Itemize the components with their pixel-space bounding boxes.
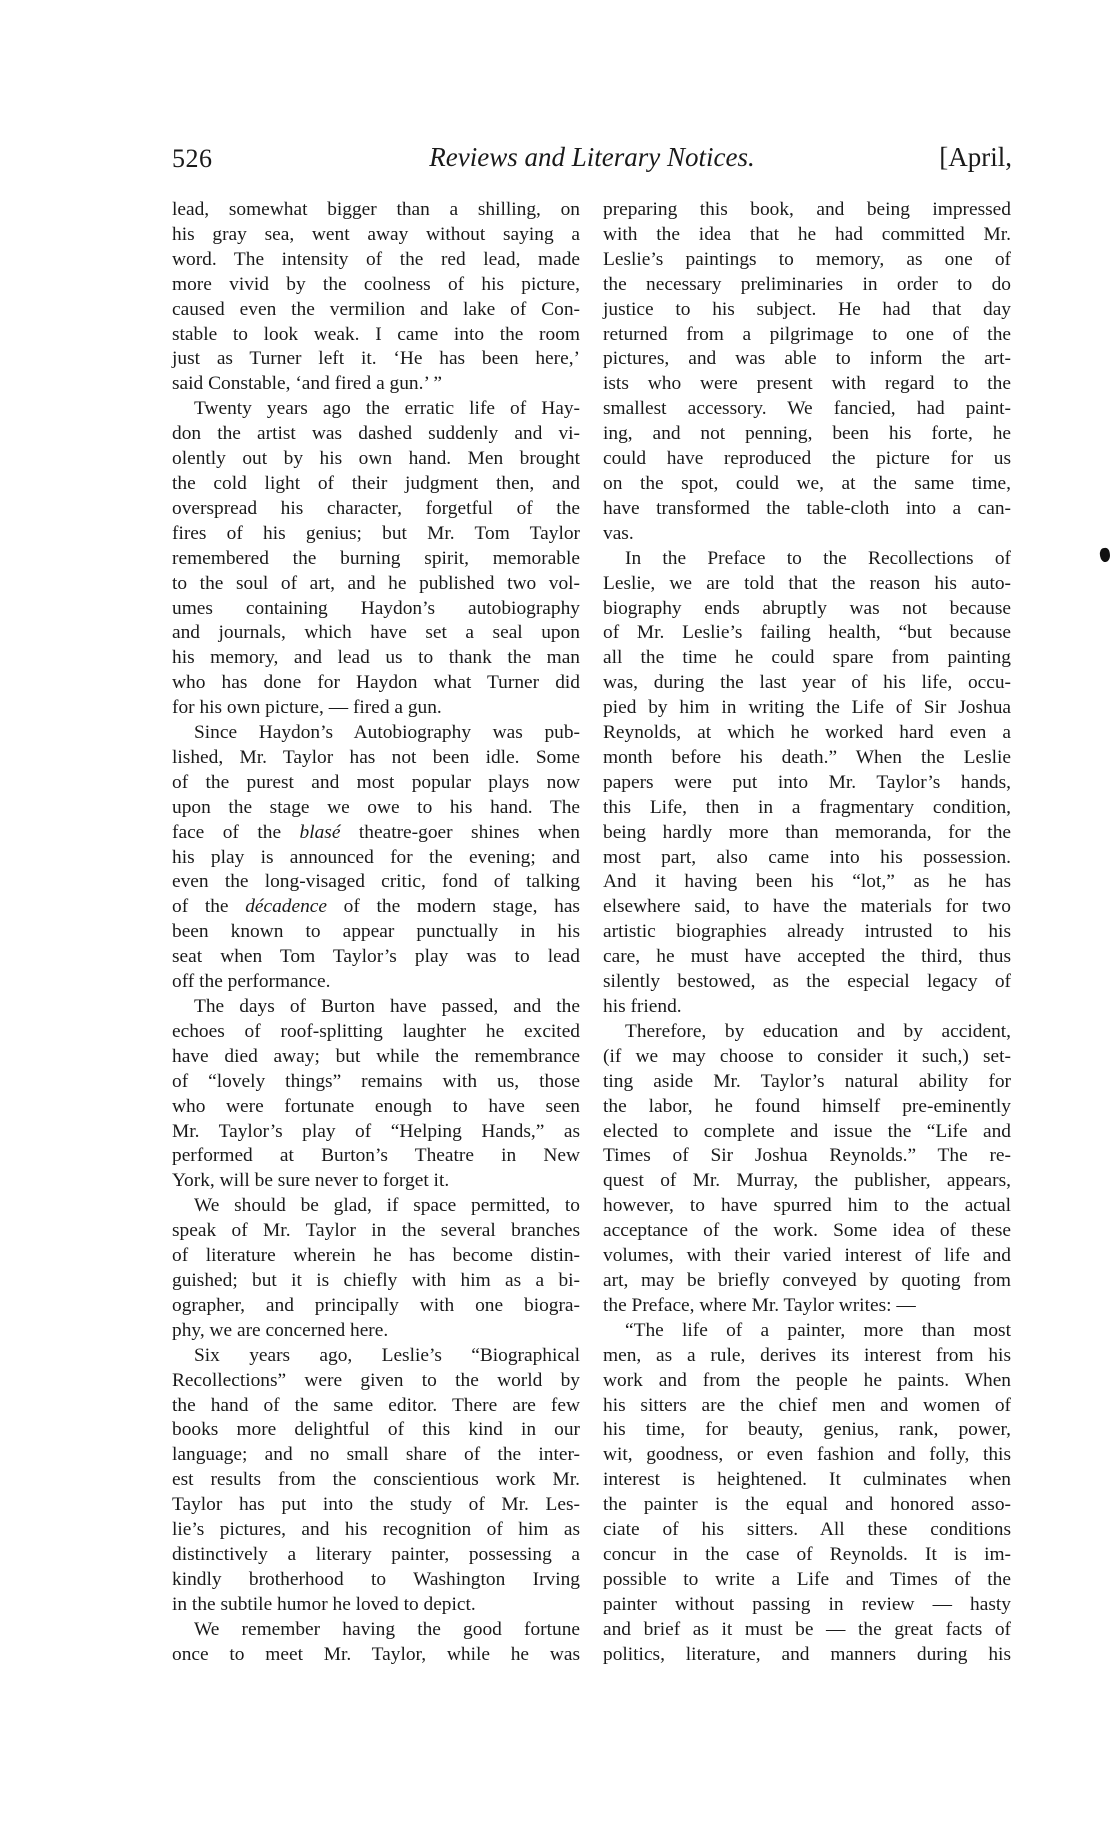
text-line: We should be glad, if space permitted, t… — [172, 1194, 580, 1219]
text-line: on the spot, could we, at the same time, — [603, 472, 1011, 497]
text-line: guished; but it is chiefly with him as a… — [172, 1269, 580, 1294]
text-line: was, during the last year of his life, o… — [603, 671, 1011, 696]
text-line: caused even the vermilion and lake of Co… — [172, 298, 580, 323]
text-line: papers were put into Mr. Taylor’s hands, — [603, 771, 1011, 796]
text-line: ists who were present with regard to the — [603, 372, 1011, 397]
text-line: once to meet Mr. Taylor, while he was — [172, 1643, 580, 1668]
text-line: Therefore, by education and by accident, — [603, 1020, 1011, 1045]
text-line: biography ends abruptly was not because — [603, 597, 1011, 622]
text-line: said Constable, ‘and fired a gun.’ ” — [172, 372, 580, 397]
text-line: even the long-visaged critic, fond of ta… — [172, 870, 580, 895]
text-line: the labor, he found himself pre-eminentl… — [603, 1095, 1011, 1120]
text-line: language; and no small share of the inte… — [172, 1443, 580, 1468]
text-line: artistic biographies already intrusted t… — [603, 920, 1011, 945]
text-line: the hand of the same editor. There are f… — [172, 1394, 580, 1419]
text-line: vas. — [603, 522, 1011, 547]
text-line: umes containing Haydon’s autobiography — [172, 597, 580, 622]
left-text-column: lead, somewhat bigger than a shilling, o… — [172, 198, 580, 1667]
text-line: Leslie’s paintings to memory, as one of — [603, 248, 1011, 273]
text-line: off the performance. — [172, 970, 580, 995]
text-line: acceptance of the work. Some idea of the… — [603, 1219, 1011, 1244]
text-line: have transformed the table-cloth into a … — [603, 497, 1011, 522]
text-line: the Preface, where Mr. Taylor writes: — — [603, 1294, 1011, 1319]
text-line: pictures, and was able to inform the art… — [603, 347, 1011, 372]
text-line: concur in the case of Reynolds. It is im… — [603, 1543, 1011, 1568]
text-line: silently bestowed, as the especial legac… — [603, 970, 1011, 995]
text-line: however, to have spurred him to the actu… — [603, 1194, 1011, 1219]
text-line: “The life of a painter, more than most — [603, 1319, 1011, 1344]
text-line: could have reproduced the picture for us — [603, 447, 1011, 472]
text-line: stable to look weak. I came into the roo… — [172, 323, 580, 348]
text-line: in the subtile humor he loved to depict. — [172, 1593, 580, 1618]
text-line: echoes of roof-splitting laughter he exc… — [172, 1020, 580, 1045]
text-line: his friend. — [603, 995, 1011, 1020]
text-line: his time, for beauty, genius, rank, powe… — [603, 1418, 1011, 1443]
text-line: smallest accessory. We fancied, had pain… — [603, 397, 1011, 422]
text-line: Taylor has put into the study of Mr. Les… — [172, 1493, 580, 1518]
text-line: of literature wherein he has become dist… — [172, 1244, 580, 1269]
text-line: who has done for Haydon what Turner did — [172, 671, 580, 696]
text-line: seat when Tom Taylor’s play was to lead — [172, 945, 580, 970]
text-line: to the soul of art, and he published two… — [172, 572, 580, 597]
text-line: pied by him in writing the Life of Sir J… — [603, 696, 1011, 721]
text-line: just as Turner left it. ‘He has been her… — [172, 347, 580, 372]
text-line: preparing this book, and being impressed — [603, 198, 1011, 223]
text-line: Recollections” were given to the world b… — [172, 1369, 580, 1394]
text-line: volumes, with their varied interest of l… — [603, 1244, 1011, 1269]
text-line: face of the blasé theatre-goer shines wh… — [172, 821, 580, 846]
text-line: most part, also came into his possession… — [603, 846, 1011, 871]
text-line: Twenty years ago the erratic life of Hay… — [172, 397, 580, 422]
text-line: Times of Sir Joshua Reynolds.” The re- — [603, 1144, 1011, 1169]
text-line: work and from the people he paints. When — [603, 1369, 1011, 1394]
italic-term: blasé — [300, 822, 341, 843]
text-line: the necessary preliminaries in order to … — [603, 273, 1011, 298]
italic-term: décadence — [245, 896, 327, 917]
text-line: justice to his subject. He had that day — [603, 298, 1011, 323]
text-line: art, may be briefly conveyed by quoting … — [603, 1269, 1011, 1294]
right-text-column: preparing this book, and being impressed… — [603, 198, 1011, 1667]
text-line: overspread his character, forgetful of t… — [172, 497, 580, 522]
text-line: more vivid by the coolness of his pictur… — [172, 273, 580, 298]
text-line: care, he must have accepted the third, t… — [603, 945, 1011, 970]
text-line: books more delightful of this kind in ou… — [172, 1418, 580, 1443]
text-line: Mr. Taylor’s play of “Helping Hands,” as — [172, 1120, 580, 1145]
text-line: the cold light of their judgment then, a… — [172, 472, 580, 497]
running-header: 526 Reviews and Literary Notices. [April… — [172, 140, 1012, 180]
text-line: of the purest and most popular plays now — [172, 771, 580, 796]
text-line: speak of Mr. Taylor in the several branc… — [172, 1219, 580, 1244]
text-line: lead, somewhat bigger than a shilling, o… — [172, 198, 580, 223]
text-line: all the time he could spare from paintin… — [603, 646, 1011, 671]
text-line: don the artist was dashed suddenly and v… — [172, 422, 580, 447]
text-line: Six years ago, Leslie’s “Biographical — [172, 1344, 580, 1369]
text-line: being hardly more than memoranda, for th… — [603, 821, 1011, 846]
ink-blot-mark — [1099, 547, 1111, 563]
text-line: of “lovely things” remains with us, thos… — [172, 1070, 580, 1095]
text-line: lished, Mr. Taylor has not been idle. So… — [172, 746, 580, 771]
text-line: ting aside Mr. Taylor’s natural ability … — [603, 1070, 1011, 1095]
text-line: returned from a pilgrimage to one of the — [603, 323, 1011, 348]
running-title: Reviews and Literary Notices. — [172, 142, 1012, 173]
text-line: est results from the conscientious work … — [172, 1468, 580, 1493]
text-line: his memory, and lead us to thank the man — [172, 646, 580, 671]
text-line: his gray sea, went away without saying a — [172, 223, 580, 248]
text-line: kindly brotherhood to Washington Irving — [172, 1568, 580, 1593]
text-line: painter without passing in review — hast… — [603, 1593, 1011, 1618]
text-line: his play is announced for the evening; a… — [172, 846, 580, 871]
text-line: been known to appear punctually in his — [172, 920, 580, 945]
text-line: of Mr. Leslie’s failing health, “but bec… — [603, 621, 1011, 646]
text-line: And it having been his “lot,” as he has — [603, 870, 1011, 895]
text-line: quest of Mr. Murray, the publisher, appe… — [603, 1169, 1011, 1194]
text-line: elsewhere said, to have the materials fo… — [603, 895, 1011, 920]
text-line: ographer, and principally with one biogr… — [172, 1294, 580, 1319]
text-line: and journals, which have set a seal upon — [172, 621, 580, 646]
text-line: In the Preface to the Recollections of — [603, 547, 1011, 572]
text-line: fires of his genius; but Mr. Tom Taylor — [172, 522, 580, 547]
text-line: ciate of his sitters. All these conditio… — [603, 1518, 1011, 1543]
text-line: We remember having the good fortune — [172, 1618, 580, 1643]
text-line: month before his death.” When the Leslie — [603, 746, 1011, 771]
text-line: for his own picture, — fired a gun. — [172, 696, 580, 721]
text-line: with the idea that he had committed Mr. — [603, 223, 1011, 248]
text-line: word. The intensity of the red lead, mad… — [172, 248, 580, 273]
text-line: Since Haydon’s Autobiography was pub- — [172, 721, 580, 746]
text-line: phy, we are concerned here. — [172, 1319, 580, 1344]
text-line: his sitters are the chief men and women … — [603, 1394, 1011, 1419]
text-line: performed at Burton’s Theatre in New — [172, 1144, 580, 1169]
text-line: possible to write a Life and Times of th… — [603, 1568, 1011, 1593]
text-line: politics, literature, and manners during… — [603, 1643, 1011, 1668]
text-line: of the décadence of the modern stage, ha… — [172, 895, 580, 920]
text-line: who were fortunate enough to have seen — [172, 1095, 580, 1120]
text-line: have died away; but while the remembranc… — [172, 1045, 580, 1070]
text-line: the painter is the equal and honored ass… — [603, 1493, 1011, 1518]
text-line: this Life, then in a fragmentary conditi… — [603, 796, 1011, 821]
text-line: wit, goodness, or even fashion and folly… — [603, 1443, 1011, 1468]
text-line: elected to complete and issue the “Life … — [603, 1120, 1011, 1145]
text-line: Reynolds, at which he worked hard even a — [603, 721, 1011, 746]
text-line: interest is heightened. It culminates wh… — [603, 1468, 1011, 1493]
text-line: upon the stage we owe to his hand. The — [172, 796, 580, 821]
text-line: ing, and not penning, been his forte, he — [603, 422, 1011, 447]
text-line: The days of Burton have passed, and the — [172, 995, 580, 1020]
text-line: and brief as it must be — the great fact… — [603, 1618, 1011, 1643]
text-line: men, as a rule, derives its interest fro… — [603, 1344, 1011, 1369]
text-line: lie’s pictures, and his recognition of h… — [172, 1518, 580, 1543]
text-line: distinctively a literary painter, posses… — [172, 1543, 580, 1568]
text-line: olently out by his own hand. Men brought — [172, 447, 580, 472]
text-line: York, will be sure never to forget it. — [172, 1169, 580, 1194]
running-date: [April, — [939, 142, 1012, 173]
text-line: remembered the burning spirit, memorable — [172, 547, 580, 572]
text-line: (if we may choose to consider it such,) … — [603, 1045, 1011, 1070]
text-line: Leslie, we are told that the reason his … — [603, 572, 1011, 597]
